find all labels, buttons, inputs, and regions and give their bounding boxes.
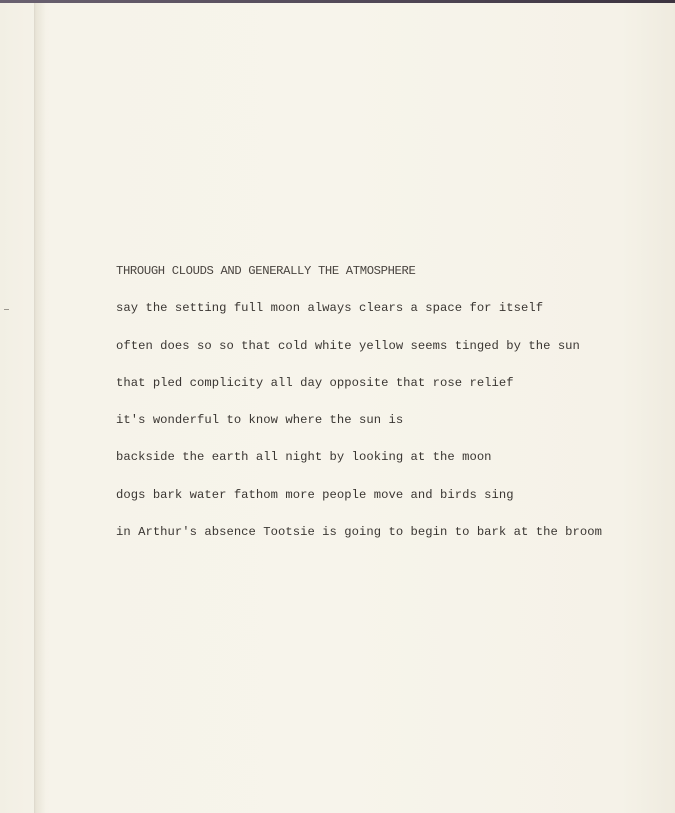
poem: THROUGH CLOUDS AND GENERALLY THE ATMOSPH… <box>116 264 145 404</box>
poem-line: say the setting full moon always clears … <box>116 301 543 315</box>
document-page: THROUGH CLOUDS AND GENERALLY THE ATMOSPH… <box>0 0 675 813</box>
poem-line: often does so so that cold white yellow … <box>116 339 580 353</box>
poem-title: THROUGH CLOUDS AND GENERALLY THE ATMOSPH… <box>116 264 415 278</box>
poem-line: that pled complicity all day opposite th… <box>116 376 514 390</box>
poem-line: backside the earth all night by looking … <box>116 450 492 464</box>
page-fold-shadow <box>36 3 46 813</box>
margin-mark <box>4 309 9 310</box>
poem-line: dogs bark water fathom more people move … <box>116 488 514 502</box>
page-top-edge <box>0 0 675 3</box>
poem-line: it's wonderful to know where the sun is <box>116 413 403 427</box>
poem-line: in Arthur's absence Tootsie is going to … <box>116 525 602 539</box>
